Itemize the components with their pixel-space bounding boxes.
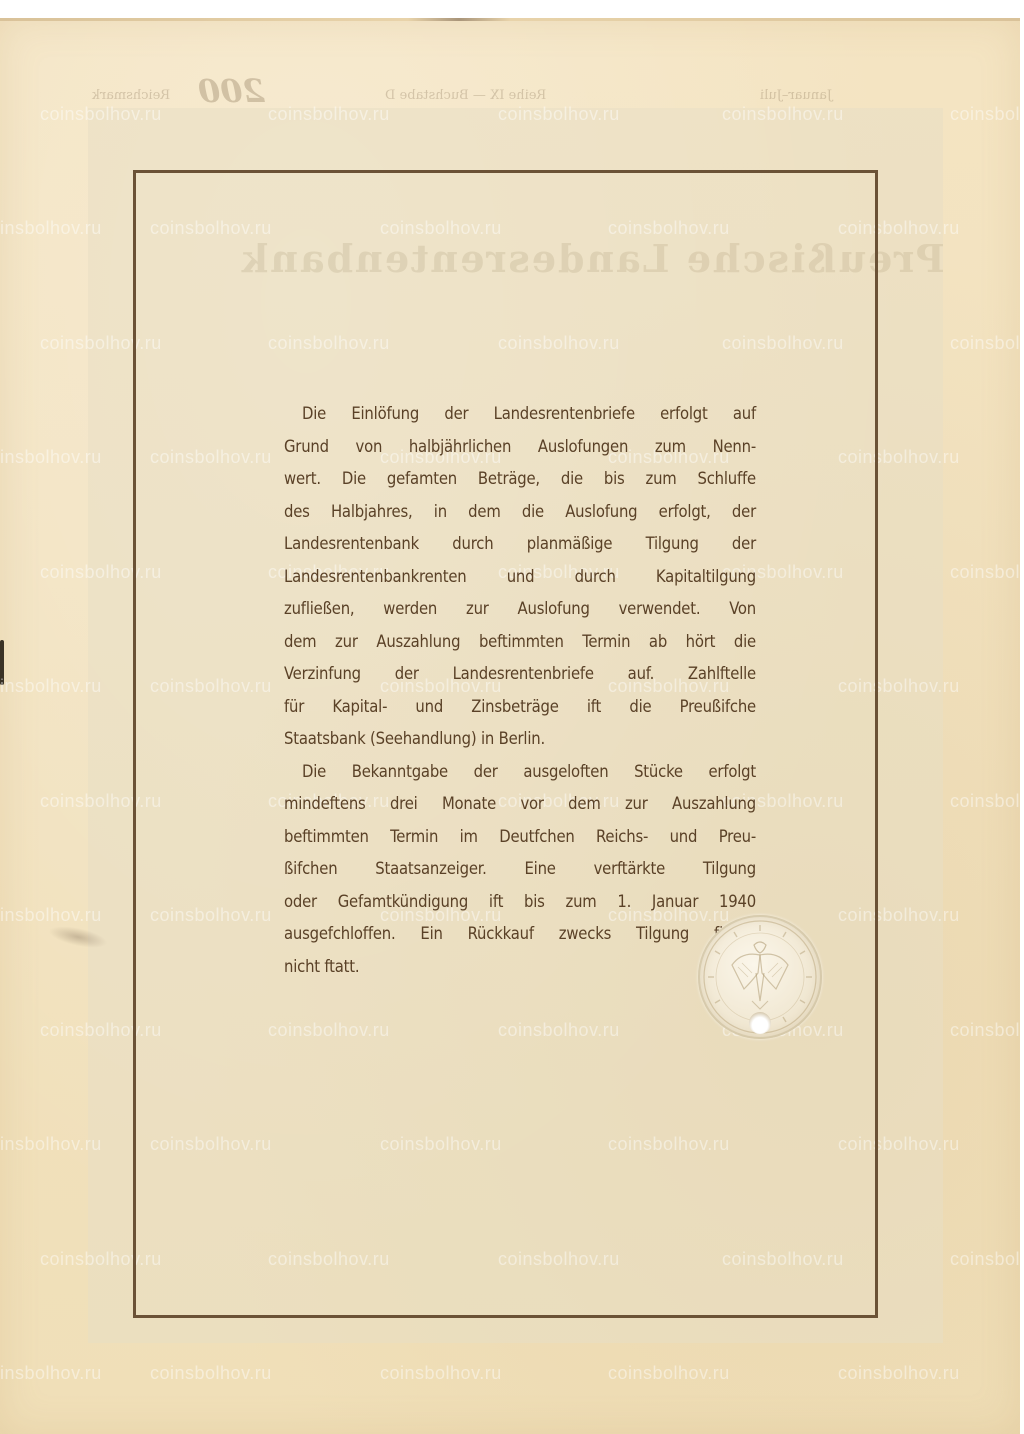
text-line: mindeftens drei Monate vor dem zur Ausza… <box>284 788 756 821</box>
watermark-text: coinsbolhov.ru <box>608 1363 730 1384</box>
watermark-text: coinsbolhov.ru <box>838 1363 960 1384</box>
watermark-text: coinsbolhov.ru <box>0 1134 102 1155</box>
bleed-through-header-right: Januar–Juli <box>760 88 832 103</box>
paper-top-edge <box>0 18 1020 21</box>
text-line: Staatsbank (Seehandlung) in Berlin. <box>284 723 756 756</box>
watermark-text: coinsbolhov.ru <box>0 218 102 239</box>
watermark-text: coinsbolhov.ru <box>0 447 102 468</box>
bleed-through-header-left: Reichsmark <box>92 88 170 103</box>
redemption-terms-text: Die Einlöfung der Landesrentenbriefe erf… <box>284 398 756 983</box>
bleed-through-header-center: Reihe IX — Buchstabe D <box>385 88 546 103</box>
text-line: Die Einlöfung der Landesrentenbriefe erf… <box>284 398 756 431</box>
watermark-text: coinsbolhov.ru <box>950 333 1024 354</box>
text-line: ausgefchloffen. Ein Rückkauf zwecks Tilg… <box>284 918 756 951</box>
watermark-text: coinsbolhov.ru <box>950 791 1024 812</box>
text-line: Die Bekanntgabe der ausgeloften Stücke e… <box>284 756 756 789</box>
punch-hole <box>749 1012 771 1034</box>
text-line: wert. Die gefamten Beträge, die bis zum … <box>284 463 756 496</box>
text-line: Grund von halbjährlichen Auslofungen zum… <box>284 431 756 464</box>
text-line: ßifchen Staatsanzeiger. Eine verftärkte … <box>284 853 756 886</box>
watermark-text: coinsbolhov.ru <box>0 676 102 697</box>
watermark-text: coinsbolhov.ru <box>950 104 1024 125</box>
watermark-text: coinsbolhov.ru <box>380 1363 502 1384</box>
watermark-text: coinsbolhov.ru <box>40 104 162 125</box>
text-line: Landesrentenbankrenten und durch Kapital… <box>284 561 756 594</box>
text-line: dem zur Auszahlung beftimmten Termin ab … <box>284 626 756 659</box>
paragraph-announcement: Die Bekanntgabe der ausgeloften Stücke e… <box>284 756 756 984</box>
text-line: des Halbjahres, in dem die Auslofung erf… <box>284 496 756 529</box>
text-line: Verzinfung der Landesrentenbriefe auf. Z… <box>284 658 756 691</box>
bleed-through-number: 200 <box>198 72 265 110</box>
text-line: oder Gefamtkündigung ift bis zum 1. Janu… <box>284 886 756 919</box>
text-line: zufließen, werden zur Auslofung verwende… <box>284 593 756 626</box>
watermark-text: coinsbolhov.ru <box>0 1363 102 1384</box>
text-line: für Kapital- und Zinsbeträge ift die Pre… <box>284 691 756 724</box>
watermark-text: coinsbolhov.ru <box>722 104 844 125</box>
watermark-text: coinsbolhov.ru <box>950 1020 1024 1041</box>
text-line: nicht ftatt. <box>284 951 756 984</box>
text-line: Landesrentenbank durch planmäßige Tilgun… <box>284 528 756 561</box>
watermark-text: coinsbolhov.ru <box>950 562 1024 583</box>
text-line: beftimmten Termin im Deutfchen Reichs- u… <box>284 821 756 854</box>
watermark-text: coinsbolhov.ru <box>498 104 620 125</box>
watermark-text: coinsbolhov.ru <box>950 1249 1024 1270</box>
watermark-text: coinsbolhov.ru <box>268 104 390 125</box>
watermark-text: coinsbolhov.ru <box>150 1363 272 1384</box>
paragraph-redemption: Die Einlöfung der Landesrentenbriefe erf… <box>284 398 756 756</box>
